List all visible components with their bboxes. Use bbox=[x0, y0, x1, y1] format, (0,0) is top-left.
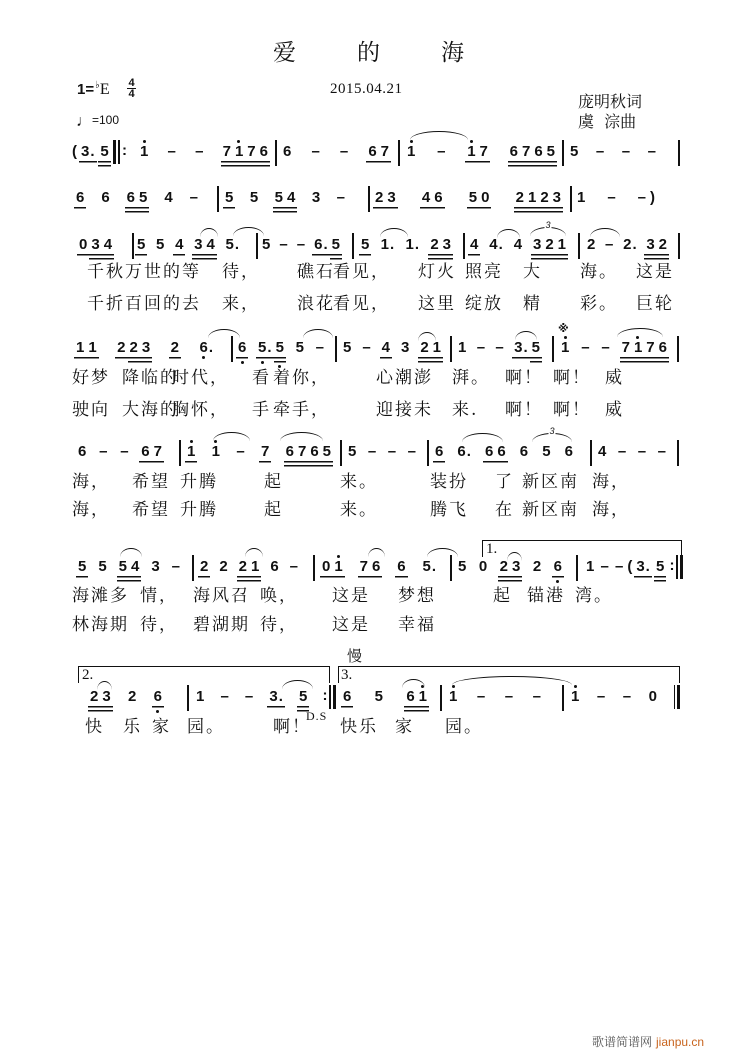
note-group: 6 bbox=[281, 143, 293, 168]
pickup-measure: 034 bbox=[77, 236, 121, 262]
note-group: 6. bbox=[197, 339, 215, 364]
quarter-note-icon: ♩ bbox=[76, 113, 92, 130]
note: 4 bbox=[173, 236, 185, 261]
note-group: – bbox=[475, 339, 487, 364]
note-group: 5 bbox=[341, 339, 353, 364]
lyric: 千秋万世的等 bbox=[87, 262, 201, 282]
note-group: 6 bbox=[268, 558, 280, 583]
lyric: 驶向 bbox=[72, 400, 110, 420]
note-group: – bbox=[605, 189, 617, 214]
slur bbox=[245, 548, 263, 557]
note: 7 bbox=[152, 443, 164, 468]
note-group: 1 bbox=[559, 339, 571, 364]
watermark-site-name: 歌谱简谱网 bbox=[592, 1035, 652, 1049]
lyric: 着你， bbox=[273, 368, 330, 388]
note: 6 bbox=[404, 688, 416, 713]
note: 2 bbox=[418, 339, 430, 364]
lyric: 林海期 bbox=[72, 615, 129, 635]
note-group: 3.5 bbox=[512, 339, 542, 364]
lyric: 这是 bbox=[636, 262, 674, 282]
note: 6 bbox=[258, 143, 270, 168]
note: 5 bbox=[654, 558, 666, 583]
note: 7 bbox=[259, 443, 271, 468]
slur bbox=[380, 228, 408, 237]
high-octave-dot bbox=[470, 140, 473, 143]
note-group: (3. bbox=[70, 143, 97, 168]
lyric: 海， bbox=[72, 500, 110, 520]
high-octave-dot bbox=[337, 555, 340, 558]
lyric: 乐 bbox=[123, 717, 142, 737]
note-group: 1 bbox=[447, 688, 459, 713]
note: 1 bbox=[74, 339, 86, 364]
lyric: 海滩多 bbox=[72, 586, 129, 606]
barline bbox=[427, 440, 429, 466]
extension-dash: – bbox=[435, 143, 447, 168]
lyric: 起 bbox=[493, 586, 512, 606]
note: 5 bbox=[274, 339, 286, 364]
note-group: 6 bbox=[236, 339, 248, 364]
barline bbox=[398, 140, 400, 166]
slur bbox=[213, 432, 250, 441]
measure: 2326 bbox=[88, 688, 164, 714]
note: 6 bbox=[657, 339, 669, 364]
note-group: – bbox=[166, 143, 178, 168]
note: 5 bbox=[456, 558, 468, 583]
key-signature: 1=♭E bbox=[77, 80, 110, 99]
note: 2 bbox=[237, 558, 249, 583]
note: 1 bbox=[456, 339, 468, 364]
note: 3 bbox=[441, 236, 453, 261]
note-group: 4 bbox=[468, 236, 480, 261]
parenthesis: ) bbox=[648, 189, 657, 214]
lyric: 威 bbox=[605, 368, 624, 388]
note-group: 5 bbox=[248, 189, 260, 214]
lyric: 降临的 bbox=[122, 368, 179, 388]
repeat-start-sign: : bbox=[112, 140, 128, 164]
note: 3 bbox=[192, 236, 204, 261]
barline bbox=[352, 233, 354, 259]
note: 5 bbox=[117, 558, 129, 583]
note-group: 2 bbox=[531, 558, 543, 583]
note: 2 bbox=[514, 189, 526, 214]
lyric: 湾。 bbox=[575, 586, 613, 606]
note-group: – bbox=[288, 558, 300, 583]
note-group: 1 bbox=[575, 189, 587, 214]
barline bbox=[192, 555, 194, 581]
lyric: 千折百回的去 bbox=[87, 294, 201, 314]
note-group: 6765 bbox=[284, 443, 333, 468]
note-group: – bbox=[656, 443, 668, 468]
lyric: 快 bbox=[85, 717, 104, 737]
high-octave-dot bbox=[564, 336, 567, 339]
note: 2 bbox=[169, 339, 181, 364]
time-signature-denominator: 4 bbox=[128, 89, 134, 99]
triplet-bracket: 3 bbox=[530, 227, 566, 236]
measure: 55543– bbox=[76, 558, 182, 584]
note-group: – bbox=[646, 143, 658, 168]
lyric: 了 bbox=[495, 472, 514, 492]
note: 5. bbox=[420, 558, 438, 583]
note: 6. bbox=[455, 443, 473, 468]
note: 5 bbox=[373, 688, 385, 713]
note: 6. bbox=[197, 339, 215, 364]
slur bbox=[418, 332, 436, 341]
note-group: 1. bbox=[403, 236, 421, 261]
tempo-value: =100 bbox=[92, 113, 119, 127]
note-group: 54 bbox=[117, 558, 142, 583]
lyric: 快乐 bbox=[340, 717, 378, 737]
barline-stroke bbox=[674, 685, 676, 709]
note-group: 65 bbox=[125, 189, 150, 214]
tie bbox=[303, 329, 333, 338]
note-group: 17 bbox=[465, 143, 490, 168]
augmentation-dot: . bbox=[632, 236, 636, 253]
measure: 55543– bbox=[223, 189, 347, 215]
note: 0 bbox=[647, 688, 659, 713]
barline-stroke bbox=[677, 685, 680, 709]
barline-stroke bbox=[329, 685, 331, 709]
lyric: 大 bbox=[523, 262, 542, 282]
note: 6 bbox=[433, 443, 445, 468]
note: 6 bbox=[508, 143, 520, 168]
note: 6 bbox=[308, 443, 320, 468]
note-group: : bbox=[112, 143, 128, 164]
extension-dash: – bbox=[598, 558, 610, 583]
lyric: 浪花 bbox=[297, 294, 335, 314]
note: 5 bbox=[248, 189, 260, 214]
note-group: 2 bbox=[198, 558, 210, 583]
note-group: – bbox=[594, 143, 606, 168]
barline bbox=[368, 186, 370, 212]
note-group: – bbox=[366, 443, 378, 468]
extension-dash: – bbox=[605, 189, 617, 214]
note: 2 bbox=[373, 189, 385, 214]
lyric: 湃。 bbox=[452, 368, 490, 388]
extension-dash: – bbox=[595, 688, 607, 713]
note-group: 321 bbox=[531, 236, 568, 261]
note-group: – bbox=[170, 558, 182, 583]
extension-dash: – bbox=[243, 688, 255, 713]
note-group: 66 bbox=[483, 443, 508, 468]
lyric: 来。 bbox=[340, 472, 378, 492]
segno-icon: ※ bbox=[558, 322, 569, 335]
barline bbox=[570, 186, 572, 212]
note-group: – bbox=[616, 443, 628, 468]
barline bbox=[313, 555, 315, 581]
note-group: –(3. bbox=[613, 558, 652, 583]
measure: 65.55– bbox=[236, 339, 326, 365]
extension-dash: – bbox=[599, 339, 611, 364]
repeat-end-sign: : bbox=[668, 555, 684, 579]
extension-dash: – bbox=[188, 189, 200, 214]
barline-stroke bbox=[118, 140, 120, 164]
note: 4. bbox=[487, 236, 505, 261]
note-group: : bbox=[321, 688, 337, 709]
note: 1 bbox=[559, 339, 571, 364]
note: 6 bbox=[139, 443, 151, 468]
volta-label-1: 1. bbox=[486, 541, 497, 558]
note: 2 bbox=[657, 236, 669, 261]
measure: 1––– bbox=[447, 688, 543, 714]
extension-dash: – bbox=[314, 339, 326, 364]
note-group: 34 bbox=[192, 236, 217, 261]
note-group: 5. bbox=[420, 558, 438, 583]
note: 2 bbox=[531, 558, 543, 583]
note: 1 bbox=[249, 558, 261, 583]
extension-dash: – bbox=[288, 558, 300, 583]
note: 7 bbox=[478, 143, 490, 168]
note-group: – bbox=[309, 143, 321, 168]
measure: 5––6.5 bbox=[260, 236, 342, 262]
note-group: – bbox=[118, 443, 130, 468]
note: 6 bbox=[236, 339, 248, 364]
extension-dash: – bbox=[295, 236, 307, 261]
note-group: 50 bbox=[467, 189, 492, 214]
note-group: 21 bbox=[418, 339, 443, 364]
lyric: 手 bbox=[252, 400, 271, 420]
high-octave-dot bbox=[143, 140, 146, 143]
extension-dash: – bbox=[338, 143, 350, 168]
note-group bbox=[673, 688, 682, 709]
note-group: 6.5 bbox=[312, 236, 342, 261]
note-group: 7176 bbox=[620, 339, 669, 364]
note-group: 6 bbox=[563, 443, 575, 468]
extension-dash: – bbox=[620, 143, 632, 168]
note-group: 6 bbox=[552, 558, 564, 583]
extension-dash: – bbox=[621, 688, 633, 713]
note-group: – bbox=[338, 143, 350, 168]
lyric: 园。 bbox=[187, 717, 225, 737]
note-group: 7 bbox=[259, 443, 271, 468]
note: 1 bbox=[526, 189, 538, 214]
slur bbox=[590, 228, 620, 237]
note-group: 5 bbox=[359, 236, 371, 261]
high-octave-dot bbox=[237, 140, 240, 143]
note: 1 bbox=[405, 143, 417, 168]
note-group: 5 bbox=[346, 443, 358, 468]
lyric: 胸怀， bbox=[172, 400, 229, 420]
note: 1 bbox=[185, 443, 197, 468]
lyric: 待， bbox=[140, 615, 178, 635]
extension-dash: – bbox=[309, 143, 321, 168]
note-group: 3 bbox=[149, 558, 161, 583]
note-group: 2 bbox=[169, 339, 181, 364]
barline bbox=[440, 685, 442, 711]
note: 2 bbox=[128, 339, 140, 364]
barline-stroke bbox=[113, 140, 116, 164]
note: 1 bbox=[584, 558, 596, 583]
lyric: 海， bbox=[592, 500, 630, 520]
note: 2 bbox=[115, 339, 127, 364]
note: 6 bbox=[563, 443, 575, 468]
augmentation-dot: . bbox=[523, 339, 527, 356]
note-group: – bbox=[531, 688, 543, 713]
high-octave-dot bbox=[452, 685, 455, 688]
note-group: 0 bbox=[647, 688, 659, 713]
note: 3 bbox=[140, 339, 152, 364]
note-group: – bbox=[595, 688, 607, 713]
lyric: 这里 bbox=[418, 294, 456, 314]
note: 0 bbox=[479, 189, 491, 214]
measure: 6––67 bbox=[76, 443, 164, 469]
note: 0 bbox=[477, 558, 489, 583]
note: 5. bbox=[223, 236, 241, 261]
lyric: 锚港 bbox=[527, 586, 565, 606]
measure: 1––0 bbox=[569, 688, 681, 714]
note-group: 1. bbox=[379, 236, 397, 261]
note-group: 6 bbox=[341, 688, 353, 713]
note: 3 bbox=[149, 558, 161, 583]
barline-stroke bbox=[676, 555, 678, 579]
note-group: 32 bbox=[644, 236, 669, 261]
augmentation-dot: . bbox=[415, 236, 419, 253]
note: 6 bbox=[552, 558, 564, 583]
extension-dash: – bbox=[636, 189, 648, 214]
note-group: – bbox=[295, 236, 307, 261]
note: 3 bbox=[510, 558, 522, 583]
note-group: 7176 bbox=[221, 143, 270, 168]
barline bbox=[179, 440, 181, 466]
barline bbox=[576, 555, 578, 581]
note-group: 4 bbox=[512, 236, 524, 261]
note: 6. bbox=[312, 236, 330, 261]
measure: 5–4321 bbox=[341, 339, 443, 365]
note-group: 6. bbox=[455, 443, 473, 468]
lyric: 在 bbox=[495, 500, 514, 520]
note-group: 21 bbox=[237, 558, 262, 583]
barline bbox=[450, 336, 452, 362]
high-octave-dot bbox=[190, 440, 193, 443]
extension-dash: – bbox=[118, 443, 130, 468]
slur bbox=[617, 328, 663, 337]
note-group: 4 bbox=[596, 443, 608, 468]
barline bbox=[187, 685, 189, 711]
note-group: 6 bbox=[152, 688, 164, 713]
note-group: –) bbox=[636, 189, 657, 214]
measure: 5––– bbox=[568, 143, 658, 169]
extension-dash: – bbox=[234, 443, 246, 468]
note-group: 01 bbox=[320, 558, 345, 583]
barline bbox=[677, 336, 679, 362]
measure: 1122326. bbox=[74, 339, 215, 365]
extension-dash: – bbox=[579, 339, 591, 364]
note-group: 5 bbox=[96, 558, 108, 583]
note: 5 bbox=[96, 558, 108, 583]
lyric: 啊！ bbox=[553, 400, 591, 420]
lyric: 彩。 bbox=[580, 294, 618, 314]
note: 4 bbox=[129, 558, 141, 583]
measure: 22216– bbox=[198, 558, 300, 584]
note: 3. bbox=[512, 339, 530, 364]
lyric: 这是 bbox=[332, 615, 370, 635]
note: 6 bbox=[268, 558, 280, 583]
song-title: 爱的海 bbox=[273, 34, 525, 67]
note: 5 bbox=[346, 443, 358, 468]
measure: 66654– bbox=[74, 189, 200, 215]
key-prefix: 1= bbox=[77, 81, 94, 98]
note: 5 bbox=[273, 189, 285, 214]
watermark-domain: jianpu.cn bbox=[656, 1035, 704, 1049]
intro-pickup: (3.5: bbox=[70, 143, 128, 169]
note: 6 bbox=[284, 443, 296, 468]
note-group: 5.5 bbox=[256, 339, 286, 364]
note: 5 bbox=[135, 236, 147, 261]
measure: 1–176765 bbox=[405, 143, 557, 169]
barline bbox=[335, 336, 337, 362]
note: 1 bbox=[138, 143, 150, 168]
repeat-dots: : bbox=[122, 140, 127, 164]
note: 6 bbox=[432, 189, 444, 214]
measure: 66.66656 bbox=[433, 443, 575, 469]
barline bbox=[256, 233, 258, 259]
extension-dash: – bbox=[170, 558, 182, 583]
note: 7 bbox=[358, 558, 370, 583]
note: 4 bbox=[204, 236, 216, 261]
note: 5 bbox=[330, 236, 342, 261]
note: 3 bbox=[551, 189, 563, 214]
note-group: 1 bbox=[194, 688, 206, 713]
note-group: – bbox=[218, 688, 230, 713]
note: 4 bbox=[102, 236, 114, 261]
composer-credit: 虞 淙曲 bbox=[578, 109, 636, 132]
lyric: 海。 bbox=[580, 262, 618, 282]
extension-dash: – bbox=[613, 558, 625, 583]
note: 1 bbox=[632, 339, 644, 364]
note: 5 bbox=[76, 558, 88, 583]
note: 5 bbox=[467, 189, 479, 214]
slur bbox=[200, 228, 218, 237]
lyric: 海， bbox=[72, 472, 110, 492]
parenthesis: ( bbox=[625, 558, 634, 583]
final-barline bbox=[673, 685, 682, 709]
low-octave-dot bbox=[556, 580, 559, 583]
high-octave-dot bbox=[410, 140, 413, 143]
note-group: – bbox=[234, 443, 246, 468]
lyric: 看见， bbox=[333, 262, 390, 282]
note-group: – bbox=[599, 339, 611, 364]
low-octave-dot bbox=[202, 356, 205, 359]
note: 2 bbox=[428, 236, 440, 261]
low-octave-dot bbox=[156, 710, 159, 713]
note: 0 bbox=[77, 236, 89, 261]
note-group: – bbox=[243, 688, 255, 713]
note-group: 23 bbox=[373, 189, 398, 214]
extension-dash: – bbox=[360, 339, 372, 364]
note: 6 bbox=[152, 688, 164, 713]
note-group: 2. bbox=[621, 236, 639, 261]
extension-dash: – bbox=[193, 143, 205, 168]
lyric: 海风召 bbox=[193, 586, 250, 606]
note-group: 23 bbox=[498, 558, 523, 583]
note: 1 bbox=[233, 143, 245, 168]
note-group: – bbox=[598, 558, 610, 583]
lyric: 希望 bbox=[132, 500, 170, 520]
extension-dash: – bbox=[366, 443, 378, 468]
note: 3 bbox=[89, 236, 101, 261]
note-group: 61 bbox=[404, 688, 429, 713]
note: 3 bbox=[310, 189, 322, 214]
lyric: 照亮 bbox=[465, 262, 503, 282]
measure: 1––) bbox=[575, 189, 657, 215]
note: 7 bbox=[379, 143, 391, 168]
extension-dash: – bbox=[386, 443, 398, 468]
note: 3 bbox=[100, 688, 112, 713]
note: 6 bbox=[125, 189, 137, 214]
lyric: 腾飞 bbox=[430, 500, 468, 520]
extension-dash: – bbox=[493, 339, 505, 364]
lyric: 这是 bbox=[332, 586, 370, 606]
lyric: 看 bbox=[252, 368, 271, 388]
